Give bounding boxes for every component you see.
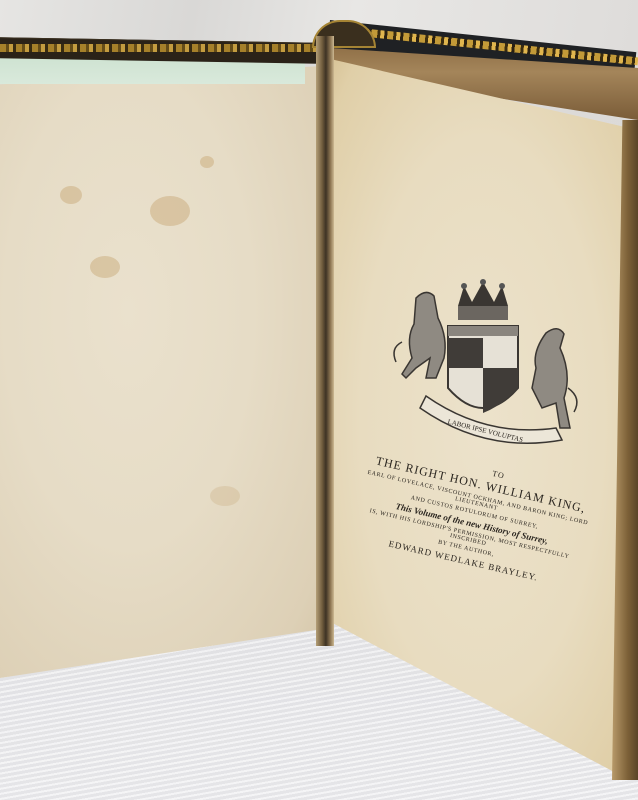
gilt-border-left xyxy=(0,44,318,52)
coat-of-arms-icon: LABOR IPSE VOLUPTAS xyxy=(386,278,586,468)
foxing-stain xyxy=(90,256,120,278)
left-endpaper xyxy=(0,66,322,678)
foxing-stain xyxy=(210,486,240,506)
foxing-stain xyxy=(150,196,190,226)
coronet-icon xyxy=(458,279,508,320)
left-hound-icon xyxy=(394,292,445,378)
book-gutter xyxy=(316,36,334,646)
foxing-stain xyxy=(200,156,214,168)
right-hound-icon xyxy=(532,329,577,428)
foxing-stain xyxy=(60,186,82,204)
